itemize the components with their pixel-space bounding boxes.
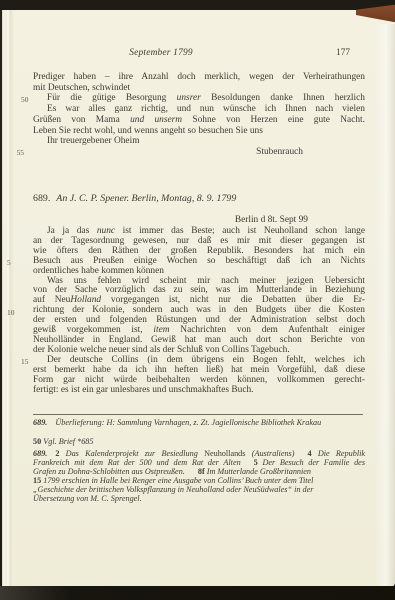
text-segment: Was uns fehlen wird scheint mir nach mei… — [47, 276, 365, 286]
text-segment: nunc — [97, 226, 115, 236]
text-segment: Übersetzung von M. C. Sprengel. — [33, 494, 142, 503]
text-segment: Im Mutterlande Großbritannien — [205, 467, 311, 476]
text-segment: Frankreich mit dem Rat der 500 und dem R… — [33, 458, 241, 467]
text-segment: 50 — [33, 437, 41, 446]
text-segment: Stubenrauch — [256, 147, 303, 157]
text-segment: Für die gütige Besorgung — [47, 93, 177, 103]
apparatus-ueberlieferung: 689.Überlieferung: H: Sammlung Varnhagen… — [33, 418, 365, 428]
margin-line-number: 55 — [7, 148, 24, 159]
text-segment: Grafen zu Dohna-Schlobitten aus Ostpreuß… — [33, 467, 185, 476]
text-line: 689.An J. C. P. Spener. Berlin, Montag, … — [33, 193, 365, 205]
text-segment: wie öfters den Räthen der großen Republi… — [33, 246, 365, 256]
text-line: 15 1799 erschien in Halle bei Renger ein… — [33, 476, 365, 485]
text-segment: Ihr treuergebener Oheim — [47, 136, 140, 146]
text-segment: Neuholländer in England. Gewiß hat man a… — [33, 335, 365, 345]
text-segment: fertigt: es ist ein gar unlesbares und u… — [33, 385, 254, 395]
text-line: Frankreich mit dem Rat der 500 und dem R… — [33, 458, 365, 467]
text-segment: gewiß vorgekommen ist, — [33, 325, 153, 335]
text-line: Grüßen von Mama und unserm Sohne von Her… — [33, 115, 365, 126]
text-segment: Das Kalenderprojekt zur Besiedlung — [59, 449, 204, 458]
text-line: Berlin d 8t. Sept 99 — [33, 215, 365, 226]
text-segment: item — [153, 325, 169, 335]
text-segment: Nachrichten von dem Aufenthalt einiger — [170, 325, 365, 335]
text-segment: der ersten und folgenden Rüstungen und d… — [33, 315, 365, 325]
text-segment: ist immer das Beste; auch ist Neuholland… — [115, 226, 365, 236]
text-segment: Die Republik — [312, 449, 365, 458]
text-segment: mit Deutschen, schwindet — [33, 83, 130, 93]
text-line: 50 Vgl. Brief *685 — [33, 437, 365, 447]
text-segment: „Geschichte der brittischen Volkspflanzu… — [33, 485, 313, 494]
text-segment: Prediger haben – ihre Anzahl doch merkli… — [33, 72, 365, 82]
text-segment: richtung der Kolonie, sondern auch was i… — [33, 305, 365, 315]
text-segment: Ja ja das — [47, 226, 97, 236]
text-segment: 689. — [33, 418, 47, 427]
text-segment: an der Tagesordnung gewesen, nur daß es … — [33, 236, 365, 246]
text-line: fertigt: es ist ein gar unlesbares und u… — [33, 386, 365, 396]
text-segment: An J. C. P. Spener. Berlin, Montag, 8. 9… — [56, 193, 236, 204]
text-segment: 689. — [33, 193, 50, 204]
text-segment: unsrer — [177, 93, 201, 103]
apparatus-line-note: 50 Vgl. Brief *685 — [33, 437, 365, 447]
text-segment: Holland — [70, 295, 101, 305]
text-segment: Es war alles ganz richtig, und nun wünsc… — [47, 104, 365, 114]
text-segment: vorgegangen ist, nicht nur die Debatten … — [101, 295, 365, 305]
text-line: Leben Sie recht wohl, und wenns angeht s… — [33, 126, 365, 137]
text-segment: 1799 erschien in Halle bei Renger eine A… — [41, 476, 313, 485]
text-line: 689.Überlieferung: H: Sammlung Varnhagen… — [33, 418, 365, 428]
previous-letter-end: Prediger haben – ihre Anzahl doch merkli… — [33, 72, 365, 158]
text-line: Prediger haben – ihre Anzahl doch merkli… — [33, 72, 365, 83]
text-segment: der Kolonie welche neuer sind als der Sc… — [33, 345, 290, 355]
margin-line-number: 50 — [7, 95, 24, 106]
text-segment: Besuch aus Preußen einige Wochen so besc… — [33, 256, 365, 266]
text-segment: Der deutsche Collins (in dem übrigens ei… — [47, 355, 365, 365]
text-segment: (Australiens) — [245, 449, 294, 458]
text-segment: Der Besuch der Familie des — [258, 458, 365, 467]
letter-body: Ja ja das nunc ist immer das Beste; auch… — [33, 227, 365, 395]
text-segment: und unserm — [130, 115, 182, 125]
margin-line-number: 10 — [7, 308, 24, 318]
text-blocks: Prediger haben – ihre Anzahl doch merkli… — [0, 0, 395, 600]
text-line: Es war alles ganz richtig, und nun wünsc… — [33, 104, 365, 115]
book-page-scan: September 1799 177 Prediger haben – ihre… — [0, 0, 395, 600]
text-segment: 15 — [33, 476, 41, 485]
text-line: Grafen zu Dohna-Schlobitten aus Ostpreuß… — [33, 467, 365, 476]
text-segment: erst bemerkt habe da ich ihn heften ließ… — [33, 365, 365, 375]
text-segment: Berlin d 8t. Sept 99 — [235, 215, 308, 225]
text-line: mit Deutschen, schwindet — [33, 83, 365, 94]
text-segment: Form gar nicht würde beibehalten werden … — [33, 375, 365, 385]
text-segment: Sohne von Herzen eine gute Nacht. — [182, 115, 365, 125]
text-line: 689.2 Das Kalenderprojekt zur Besiedlung… — [33, 449, 365, 458]
text-line: „Geschichte der brittischen Volkspflanzu… — [33, 485, 365, 494]
letter-heading: 689.An J. C. P. Spener. Berlin, Montag, … — [33, 193, 365, 205]
text-segment: Grüßen von Mama — [33, 115, 130, 125]
text-line: 50Für die gütige Besorgung unsrer Besold… — [33, 93, 365, 104]
text-line: Ihr treuergebener Oheim — [33, 136, 365, 147]
margin-line-number: 5 — [7, 258, 24, 268]
apparatus-rule — [33, 414, 363, 415]
apparatus-commentary: 689.2 Das Kalenderprojekt zur Besiedlung… — [33, 449, 365, 503]
text-segment: Vgl. Brief *685 — [43, 437, 93, 446]
text-segment: Neuhollands — [204, 449, 245, 458]
text-segment: Besoldungen danke Ihnen herzlich — [201, 93, 365, 103]
text-segment: auf Neu — [33, 295, 70, 305]
text-line: 55Stubenrauch — [33, 147, 365, 158]
text-segment: ordentliches habe kommen können — [33, 266, 164, 276]
text-segment: von der Sache vorzüglich das zu sein, wa… — [33, 285, 365, 295]
text-segment: Überlieferung: H: Sammlung Varnhagen, z.… — [55, 418, 321, 427]
letter-dateline: Berlin d 8t. Sept 99 — [33, 215, 365, 226]
margin-line-number: 15 — [7, 357, 24, 367]
text-segment: Leben Sie recht wohl, und wenns angeht s… — [33, 126, 263, 136]
text-line: Übersetzung von M. C. Sprengel. — [33, 494, 365, 503]
text-segment: 8f — [198, 467, 205, 476]
text-segment: 689. — [33, 449, 47, 458]
